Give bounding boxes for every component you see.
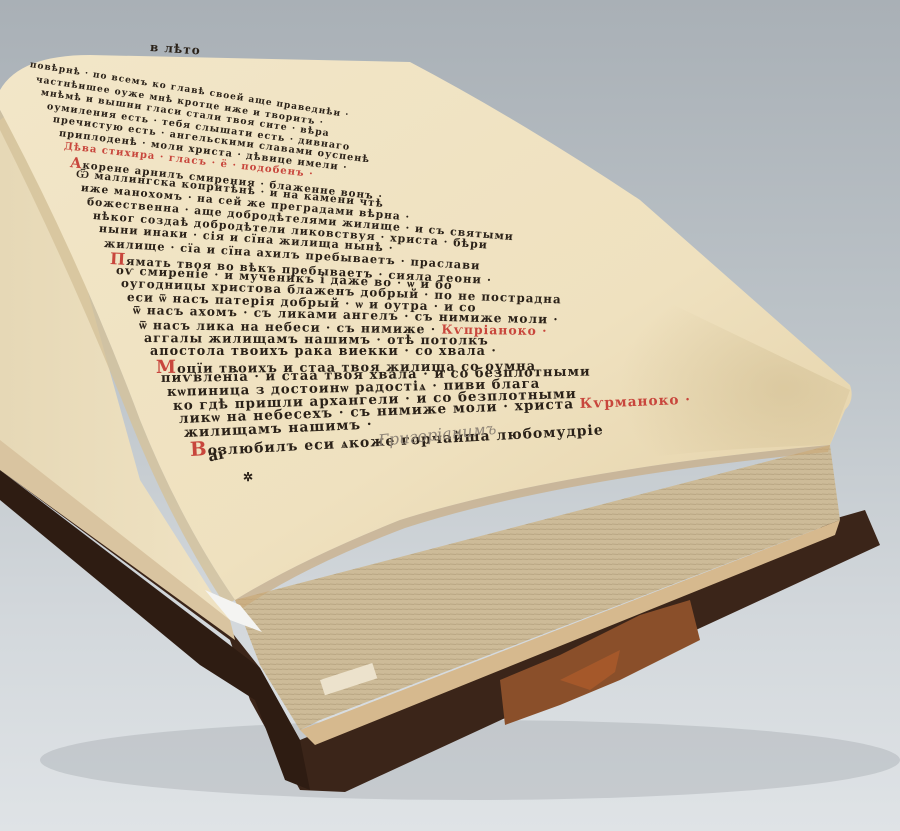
- photo-scene: в лѣто повѣрнѣ · по всемъ ко главѣ своей…: [0, 0, 900, 831]
- book-illustration: [0, 0, 900, 831]
